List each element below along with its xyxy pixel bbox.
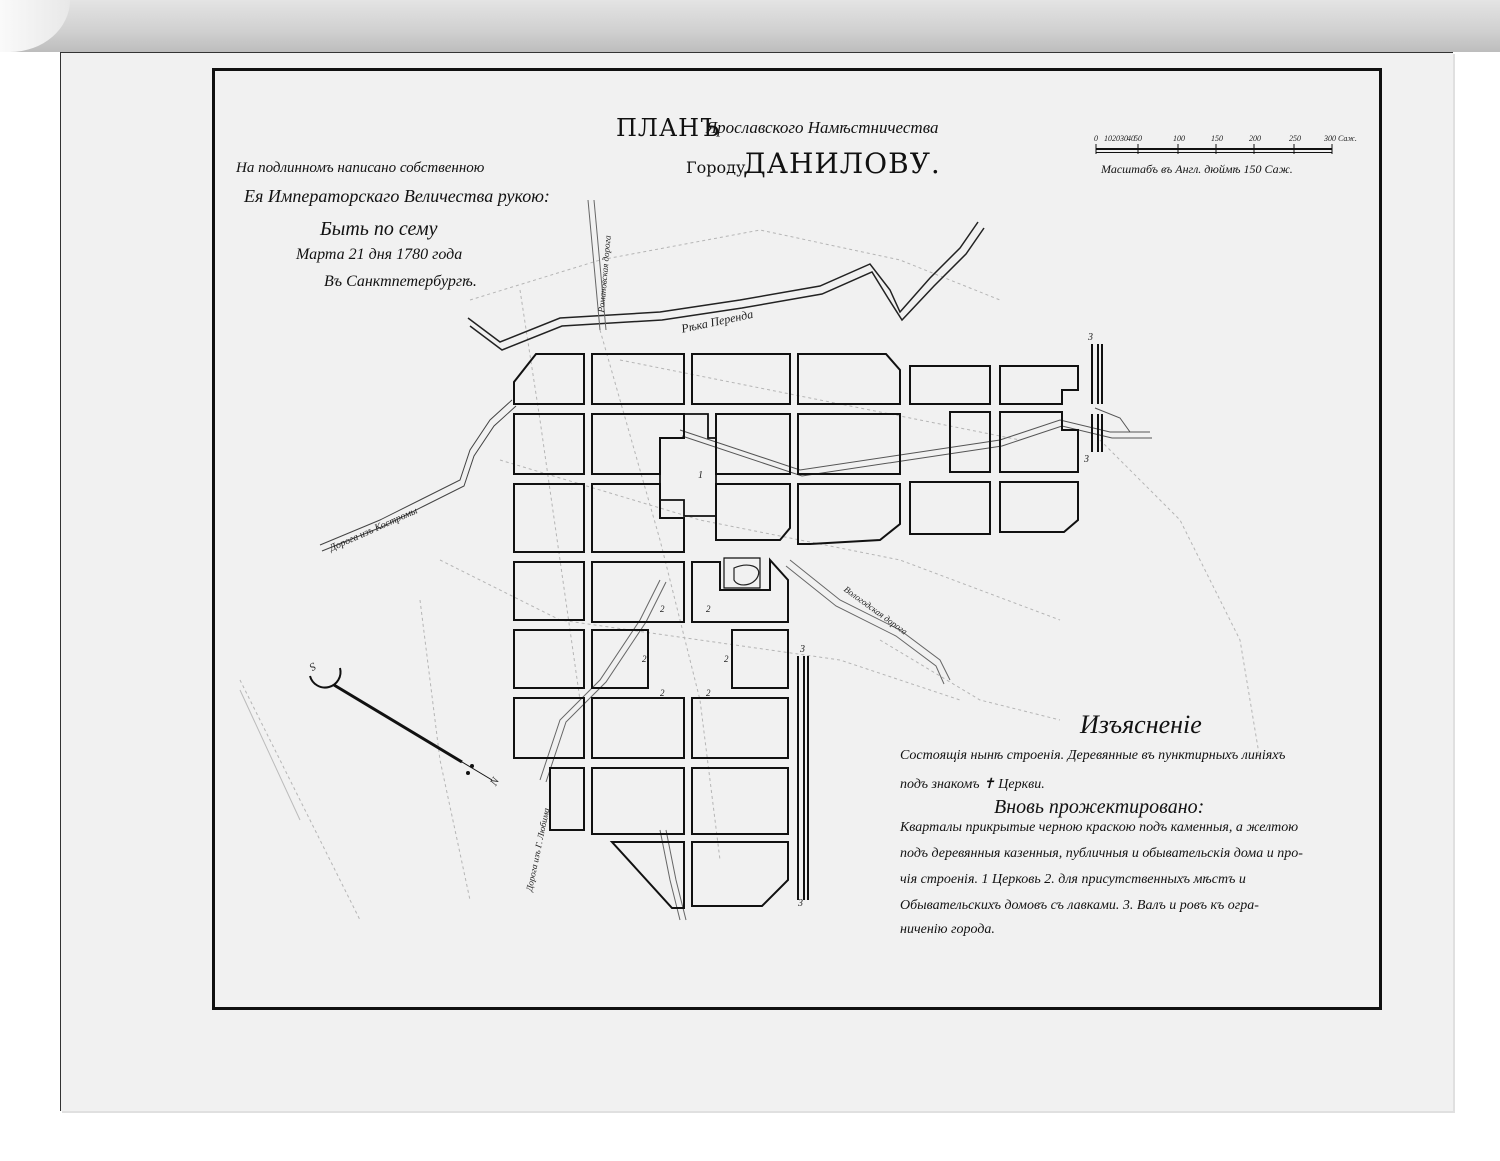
approval-line-2: Ея Императорскаго Величества рукою: xyxy=(244,186,550,207)
river-perenda xyxy=(468,222,984,350)
approval-line-3: Быть по сему xyxy=(320,218,438,241)
legend-title: Изъясненіе xyxy=(1080,710,1202,740)
legend-existing-2: подъ знакомъ ✝ Церкви. xyxy=(900,776,1045,793)
rampart-mark: 3 xyxy=(1088,332,1093,343)
scale-tick: 10 xyxy=(1104,134,1112,143)
scale-tick: 300 Саж. xyxy=(1324,134,1357,143)
legend-projected-2: подъ деревянныя казенныя, публичныя и об… xyxy=(900,846,1303,862)
shop-mark: 2 xyxy=(642,654,647,664)
legend-projected-title: Вновь прожектировано: xyxy=(994,796,1204,819)
legend-projected-1: Кварталы прикрытые черною краскою подъ к… xyxy=(900,820,1298,836)
shop-mark: 2 xyxy=(706,688,711,698)
legend-projected-5: ниченію города. xyxy=(900,922,995,938)
scale-tick: 250 xyxy=(1289,134,1301,143)
approval-line-4: Марта 21 дня 1780 года xyxy=(296,246,462,264)
scale-tick: 150 xyxy=(1211,134,1223,143)
title-city-prefix: Городу xyxy=(686,158,745,177)
rampart-mark: 3 xyxy=(798,898,803,909)
legend-existing-1: Состоящія нынѣ строенія. Деревянные въ п… xyxy=(900,748,1285,764)
scale-tick: 100 xyxy=(1173,134,1185,143)
approval-line-5: Въ Санктпетербургѣ. xyxy=(324,273,477,291)
rampart-mark: 3 xyxy=(1084,454,1089,465)
scale-bar xyxy=(1096,144,1332,154)
title-plan: ПЛАНЪ xyxy=(616,114,720,142)
scale-tick: 0 xyxy=(1094,134,1098,143)
shop-mark: 2 xyxy=(724,654,729,664)
stream-west xyxy=(320,400,516,551)
shop-mark: 2 xyxy=(706,604,711,614)
legend-projected-4: Обывательскихъ домовъ съ лавками. 3. Вал… xyxy=(900,898,1259,914)
scale-tick: 20 xyxy=(1112,134,1120,143)
title-province: Ярославского Намѣстничества xyxy=(706,118,938,138)
pencil-line xyxy=(240,690,300,820)
scale-tick: 200 xyxy=(1249,134,1261,143)
stream-east xyxy=(680,408,1152,476)
approval-line-1: На подлинномъ написано собственною xyxy=(236,160,484,177)
pond xyxy=(734,565,759,585)
church-mark: 1 xyxy=(698,470,703,481)
shop-mark: 2 xyxy=(660,688,665,698)
title-city: ДАНИЛОВУ. xyxy=(743,147,941,180)
legend-projected-3: чія строенія. 1 Церковь 2. для присутств… xyxy=(900,872,1246,888)
scale-label: Масштабъ въ Англ. дюймѣ 150 Саж. xyxy=(1101,162,1293,177)
scale-tick: 50 xyxy=(1134,134,1142,143)
shop-mark: 2 xyxy=(660,604,665,614)
rampart-mark: 3 xyxy=(800,644,805,655)
compass-needle xyxy=(310,668,492,780)
